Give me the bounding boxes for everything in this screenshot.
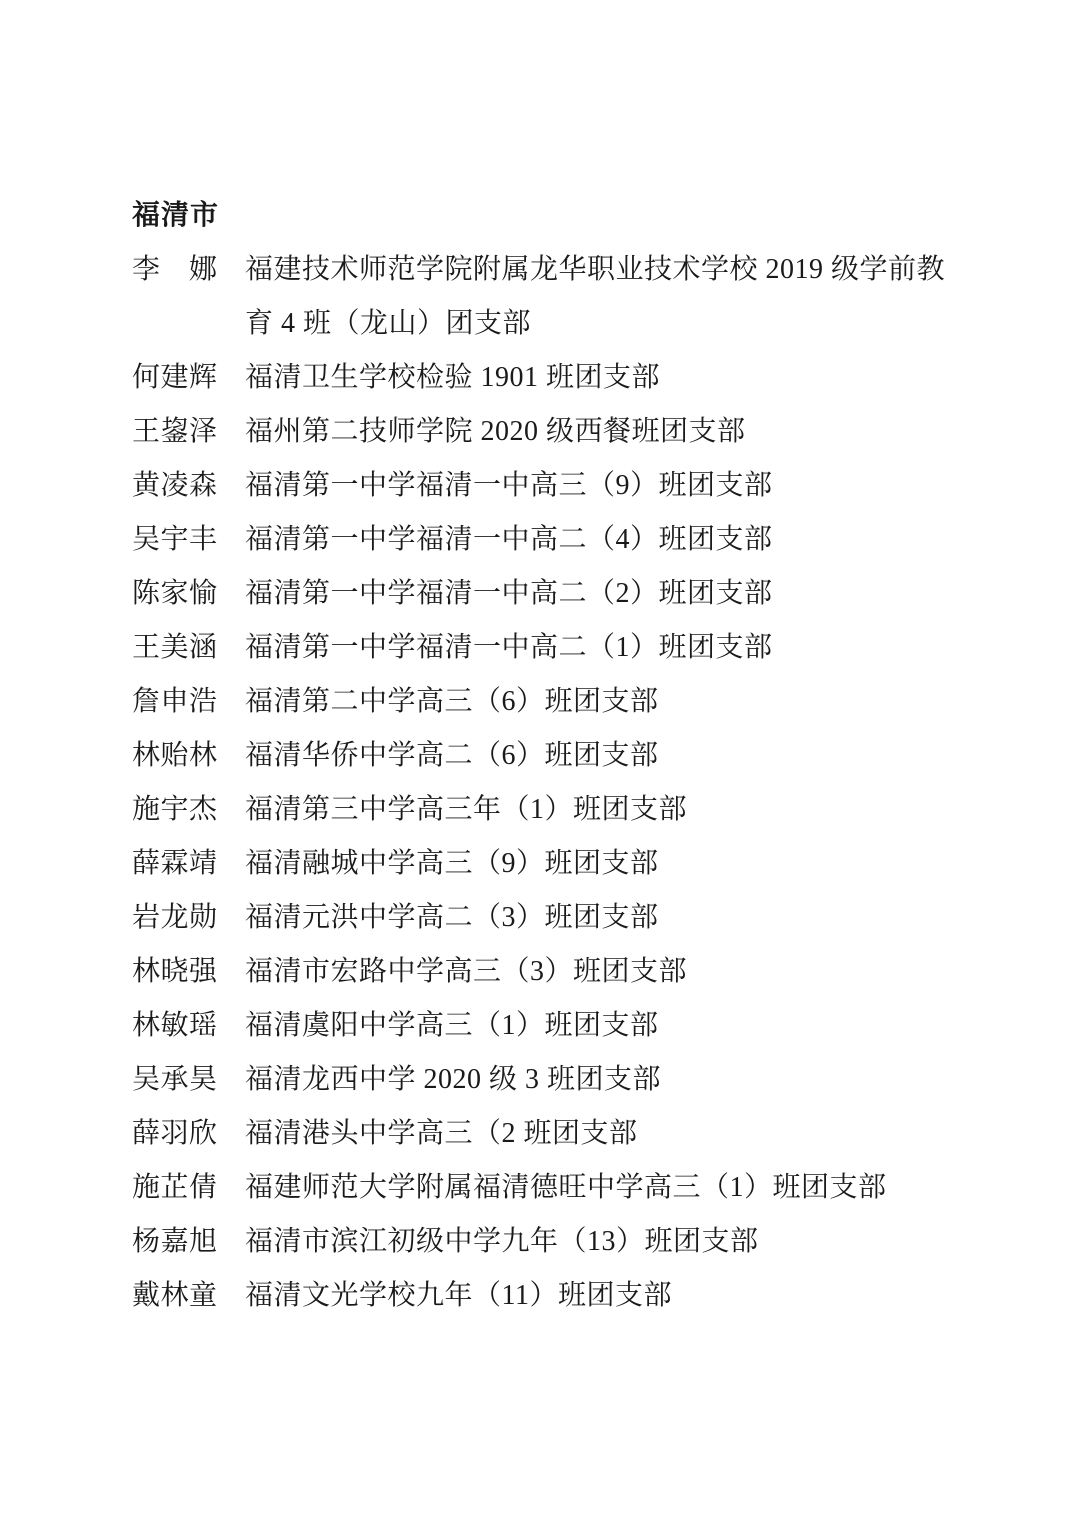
branch-name: 福建技术师范学院附属龙华职业技术学校 2019 级学前教育 4 班（龙山）团支部 [245, 243, 950, 351]
member-name: 林贻林 [132, 729, 218, 783]
list-item: 戴林童 福清文光学校九年（11）班团支部 [132, 1269, 950, 1323]
member-name: 岩龙勋 [132, 891, 218, 945]
member-name: 何建辉 [132, 351, 218, 405]
member-name: 陈家愉 [132, 567, 218, 621]
list-item: 王鋆泽 福州第二技师学院 2020 级西餐班团支部 [132, 405, 950, 459]
member-name: 林晓强 [132, 945, 218, 999]
list-item: 吴宇丰 福清第一中学福清一中高二（4）班团支部 [132, 513, 950, 567]
branch-name: 福清文光学校九年（11）班团支部 [245, 1269, 950, 1323]
branch-name: 福清融城中学高三（9）班团支部 [245, 837, 950, 891]
branch-name: 福清元洪中学高二（3）班团支部 [245, 891, 950, 945]
list-item: 杨嘉旭 福清市滨江初级中学九年（13）班团支部 [132, 1215, 950, 1269]
branch-name: 福清市宏路中学高三（3）班团支部 [245, 945, 950, 999]
member-name: 施宇杰 [132, 783, 218, 837]
section-heading: 福清市 [132, 189, 950, 243]
branch-name: 福清第一中学福清一中高三（9）班团支部 [245, 459, 950, 513]
list-item: 黄凌森 福清第一中学福清一中高三（9）班团支部 [132, 459, 950, 513]
branch-name: 福清卫生学校检验 1901 班团支部 [245, 351, 950, 405]
branch-name: 福清华侨中学高二（6）班团支部 [245, 729, 950, 783]
list-item: 林晓强 福清市宏路中学高三（3）班团支部 [132, 945, 950, 999]
branch-name: 福清市滨江初级中学九年（13）班团支部 [245, 1215, 950, 1269]
branch-name: 福清港头中学高三（2 班团支部 [245, 1107, 950, 1161]
member-name: 吴宇丰 [132, 513, 218, 567]
list-item: 林敏瑶 福清虞阳中学高三（1）班团支部 [132, 999, 950, 1053]
list-item: 吴承昊 福清龙西中学 2020 级 3 班团支部 [132, 1053, 950, 1107]
branch-name: 福清龙西中学 2020 级 3 班团支部 [245, 1053, 950, 1107]
member-name: 王美涵 [132, 621, 218, 675]
member-name: 詹申浩 [132, 675, 218, 729]
list-item: 施宇杰 福清第三中学高三年（1）班团支部 [132, 783, 950, 837]
list-item: 何建辉 福清卫生学校检验 1901 班团支部 [132, 351, 950, 405]
branch-name: 福清虞阳中学高三（1）班团支部 [245, 999, 950, 1053]
member-name: 李 娜 [132, 243, 218, 297]
list-item: 李 娜 福建技术师范学院附属龙华职业技术学校 2019 级学前教育 4 班（龙山… [132, 243, 950, 351]
list-item: 林贻林 福清华侨中学高二（6）班团支部 [132, 729, 950, 783]
member-name: 施芷倩 [132, 1161, 218, 1215]
list-item: 薛羽欣 福清港头中学高三（2 班团支部 [132, 1107, 950, 1161]
branch-name: 福州第二技师学院 2020 级西餐班团支部 [245, 405, 950, 459]
document-page: 福清市 李 娜 福建技术师范学院附属龙华职业技术学校 2019 级学前教育 4 … [0, 0, 1080, 1527]
list-item: 詹申浩 福清第二中学高三（6）班团支部 [132, 675, 950, 729]
member-name: 薛羽欣 [132, 1107, 218, 1161]
member-name: 王鋆泽 [132, 405, 218, 459]
list-item: 薛霖靖 福清融城中学高三（9）班团支部 [132, 837, 950, 891]
member-name: 黄凌森 [132, 459, 218, 513]
list-item: 王美涵 福清第一中学福清一中高二（1）班团支部 [132, 621, 950, 675]
member-name: 林敏瑶 [132, 999, 218, 1053]
member-name: 薛霖靖 [132, 837, 218, 891]
list-item: 岩龙勋 福清元洪中学高二（3）班团支部 [132, 891, 950, 945]
branch-name: 福清第一中学福清一中高二（2）班团支部 [245, 567, 950, 621]
branch-name: 福建师范大学附属福清德旺中学高三（1）班团支部 [245, 1161, 950, 1215]
branch-name: 福清第一中学福清一中高二（4）班团支部 [245, 513, 950, 567]
member-name: 吴承昊 [132, 1053, 218, 1107]
branch-name: 福清第三中学高三年（1）班团支部 [245, 783, 950, 837]
list-item: 施芷倩 福建师范大学附属福清德旺中学高三（1）班团支部 [132, 1161, 950, 1215]
branch-name: 福清第一中学福清一中高二（1）班团支部 [245, 621, 950, 675]
list-item: 陈家愉 福清第一中学福清一中高二（2）班团支部 [132, 567, 950, 621]
member-name: 戴林童 [132, 1269, 218, 1323]
member-list: 李 娜 福建技术师范学院附属龙华职业技术学校 2019 级学前教育 4 班（龙山… [132, 243, 950, 1323]
member-name: 杨嘉旭 [132, 1215, 218, 1269]
branch-name: 福清第二中学高三（6）班团支部 [245, 675, 950, 729]
